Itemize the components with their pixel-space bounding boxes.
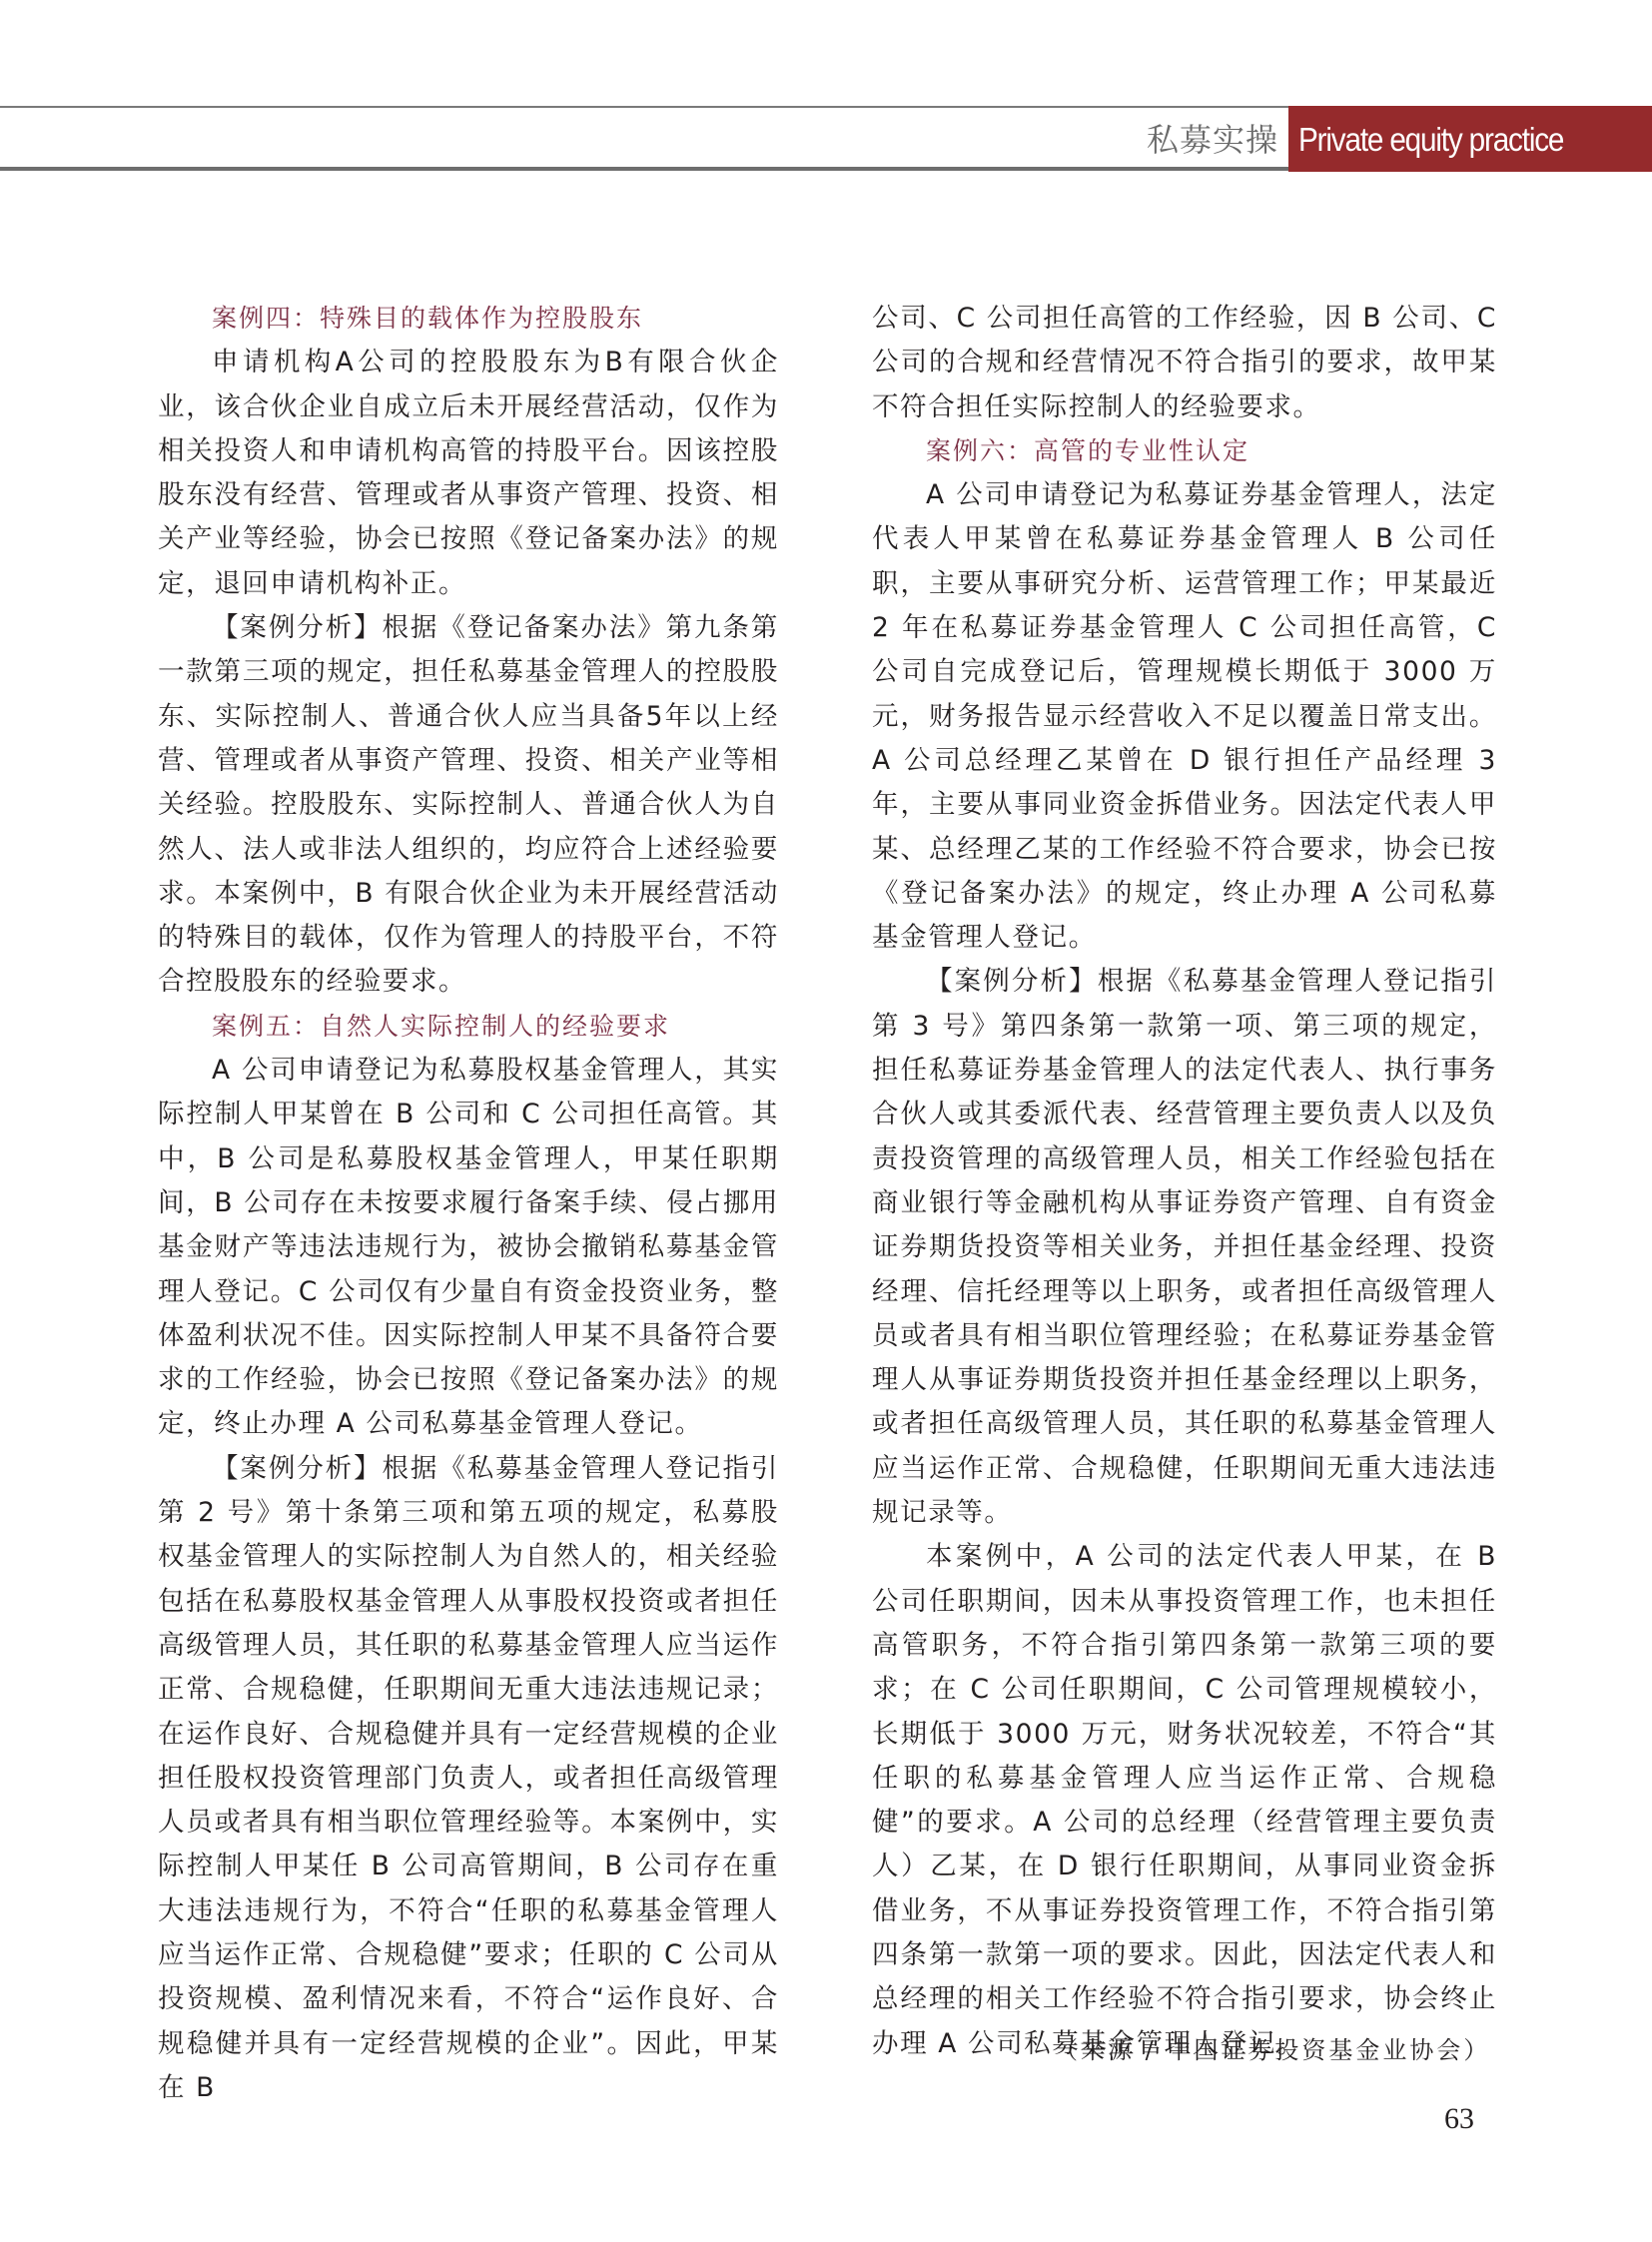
case6-analysis: 【案例分析】根据《私募基金管理人登记指引第 3 号》第四条第一款第一项、第三项的… (872, 960, 1497, 1535)
left-column: 案例四：特殊目的载体作为控股股东 申请机构A公司的控股股东为B有限合伙企业，该合… (158, 297, 779, 2110)
right-column: 公司、C 公司担任高管的工作经验，因 B 公司、C 公司的合规和经营情况不符合指… (872, 297, 1497, 2066)
section-title-en: Private equity practice (1298, 118, 1563, 162)
case6-body: A 公司申请登记为私募证券基金管理人，法定代表人甲某曾在私募证券基金管理人 B … (872, 473, 1497, 960)
case4-body: 申请机构A公司的控股股东为B有限合伙企业，该合伙企业自成立后未开展经营活动，仅作… (158, 341, 779, 606)
header-rule-top (0, 106, 1288, 108)
case6-conclusion: 本案例中，A 公司的法定代表人甲某，在 B 公司任职期间，因未从事投资管理工作，… (872, 1535, 1497, 2066)
case6-title: 案例六：高管的专业性认定 (872, 429, 1497, 473)
case5-body: A 公司申请登记为私募股权基金管理人，其实际控制人甲某曾在 B 公司和 C 公司… (158, 1049, 779, 1447)
case5-title: 案例五：自然人实际控制人的经验要求 (158, 1005, 779, 1049)
section-title-banner: Private equity practice (1288, 106, 1652, 172)
case4-analysis: 【案例分析】根据《登记备案办法》第九条第一款第三项的规定，担任私募基金管理人的控… (158, 606, 779, 1005)
source-attribution: （来源 / 中国证券投资基金业协会） (1054, 2030, 1490, 2065)
page-number: 63 (1444, 2102, 1474, 2136)
case5-analysis-continued: 公司、C 公司担任高管的工作经验，因 B 公司、C 公司的合规和经营情况不符合指… (872, 297, 1497, 429)
section-title-cn: 私募实操 (1129, 118, 1278, 162)
header-rule-bottom (0, 167, 1288, 171)
case4-title: 案例四：特殊目的载体作为控股股东 (158, 297, 779, 341)
case5-analysis: 【案例分析】根据《私募基金管理人登记指引第 2 号》第十条第三项和第五项的规定，… (158, 1447, 779, 2110)
